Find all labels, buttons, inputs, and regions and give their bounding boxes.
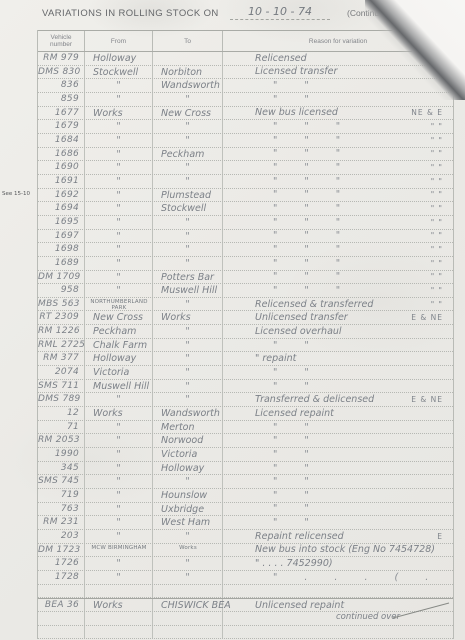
cell-reason: " " "" " (223, 134, 453, 147)
table-row: RM 979HollowayRelicensedE (38, 52, 453, 66)
cell-to (153, 585, 223, 598)
cell-veh: 12 (38, 407, 85, 420)
cell-veh: RT 2309 (38, 311, 85, 324)
cell-to: " (153, 120, 223, 133)
table-row: 1691""" " "" " (38, 175, 453, 189)
cell-veh (38, 585, 85, 598)
table-row: 1689""" " "" " (38, 257, 453, 271)
cell-veh: DMS 830 (38, 66, 85, 79)
cell-veh: SMS 745 (38, 475, 85, 488)
allocation-code: " " (431, 270, 443, 283)
cell-to: " (153, 175, 223, 188)
cell-from: Chalk Farm (85, 339, 153, 352)
cell-reason: Repaint relicensedE (223, 530, 453, 543)
table-row: 1684""" " "" " (38, 134, 453, 148)
cell-reason: " " "" " (223, 120, 453, 133)
cell-veh: 836 (38, 79, 85, 92)
reason-text: Relicensed (255, 52, 437, 65)
cell-to: " (153, 230, 223, 243)
allocation-code: " " (431, 134, 443, 147)
cell-to (153, 52, 223, 65)
cell-to: Stockwell (153, 202, 223, 215)
cell-reason: " " "" " (223, 243, 453, 256)
reason-text: " " (255, 502, 443, 515)
cell-to: Victoria (153, 448, 223, 461)
cell-from: " (85, 571, 153, 584)
cell-to: " (153, 161, 223, 174)
page-title: VARIATIONS IN ROLLING STOCK ON (42, 8, 219, 19)
table-row: RM 2053"Norwood" " (38, 434, 453, 448)
cell-from: " (85, 516, 153, 529)
cell-from: " (85, 393, 153, 406)
cell-veh: 203 (38, 530, 85, 543)
allocation-code: E & NE (411, 311, 443, 324)
reason-text: Transferred & delicensed (255, 393, 411, 406)
cell-to: Norbiton (153, 66, 223, 79)
table-row: RM 1226Peckham"Licensed overhaul (38, 325, 453, 339)
cell-to: Works (153, 544, 223, 557)
cell-veh: SMS 711 (38, 380, 85, 393)
cell-veh: 719 (38, 489, 85, 502)
cell-reason: " " "" " (223, 189, 453, 202)
table-row: 1697""" " "" " (38, 230, 453, 244)
cell-veh: RM 979 (38, 52, 85, 65)
reason-text: " " (255, 448, 443, 461)
cell-reason: " " (223, 489, 453, 502)
cell-reason: New bus into stock (Eng No 7454728) (223, 544, 453, 557)
cell-reason: Licensed repaint (223, 407, 453, 420)
header-vehicle-number: Vehicle number (38, 31, 85, 51)
reason-text: " " (255, 79, 443, 92)
reason-text: " " (255, 421, 443, 434)
cell-from (85, 612, 153, 625)
cell-to (153, 612, 223, 625)
reason-text: " " " (255, 216, 431, 229)
cell-veh (38, 626, 85, 639)
cell-from (85, 585, 153, 598)
continuation-label: (Continuation) (347, 8, 400, 18)
cell-from: Peckham (85, 325, 153, 338)
cell-from: " (85, 120, 153, 133)
cell-to: " (153, 475, 223, 488)
cell-veh: 1990 (38, 448, 85, 461)
cell-to: " (153, 243, 223, 256)
cell-from: " (85, 284, 153, 297)
table-row: 1728""" . . . ( . (38, 571, 453, 585)
cell-veh: 763 (38, 503, 85, 516)
cell-veh: RM 231 (38, 516, 85, 529)
cell-reason: " repaint (223, 352, 453, 365)
cell-reason: Unlicensed repaint (223, 599, 453, 611)
cell-veh: DMS 789 (38, 393, 85, 406)
allocation-code: " " (431, 243, 443, 256)
cell-reason: " " "" " (223, 284, 453, 297)
reason-text: Licensed transfer (255, 65, 443, 78)
cell-veh: 1728 (38, 571, 85, 584)
table-row: DM 1723MCW BIRMINGHAMWorksNew bus into s… (38, 544, 453, 558)
allocation-code: " " (431, 120, 443, 133)
cell-from: " (85, 202, 153, 215)
cell-to: Muswell Hill (153, 284, 223, 297)
reason-text: " " " (255, 270, 431, 283)
cell-from: " (85, 243, 153, 256)
cell-to: " (153, 393, 223, 406)
cell-from: " (85, 489, 153, 502)
table-header-row: Vehicle number From To Reason for variat… (38, 30, 453, 52)
cell-from: " (85, 134, 153, 147)
cell-reason: " " (223, 503, 453, 516)
cell-reason (223, 626, 453, 639)
reason-text: " " " (255, 175, 431, 188)
reason-text: Unlicensed repaint (255, 599, 443, 612)
cell-to: " (153, 339, 223, 352)
cell-to: CHISWICK BEA (153, 599, 223, 611)
cell-reason: " " "" " (223, 202, 453, 215)
header-to: To (153, 31, 223, 51)
cell-reason: " " "" " (223, 216, 453, 229)
cell-reason: " " "" " (223, 175, 453, 188)
reason-text: " " " (255, 134, 431, 147)
table-row: 1726""" . . . . 7452990) (38, 557, 453, 571)
cell-from: " (85, 557, 153, 570)
table-row: 1990"Victoria" " (38, 448, 453, 462)
allocation-code: " " (431, 298, 443, 311)
allocation-code: E (437, 52, 443, 65)
cell-to: " (153, 257, 223, 270)
table-row: RM 231"West Ham" " (38, 516, 453, 530)
allocation-code: " " (431, 216, 443, 229)
table-row: DM 1709"Potters Bar" " "" " (38, 271, 453, 285)
cell-veh: 1689 (38, 257, 85, 270)
cell-reason: Transferred & delicensedE & NE (223, 393, 453, 406)
cell-to: Wandsworth (153, 79, 223, 92)
cell-veh (38, 612, 85, 625)
cell-reason: RelicensedE (223, 52, 453, 65)
table-row: DMS 789""Transferred & delicensedE & NE (38, 393, 453, 407)
reason-text: " " " (255, 147, 431, 160)
table-body: RM 979HollowayRelicensedEDMS 830Stockwel… (38, 52, 453, 639)
cell-veh: RML 2725 (38, 339, 85, 352)
cell-to: " (153, 571, 223, 584)
cell-from: " (85, 257, 153, 270)
reason-text: " " " (255, 257, 431, 270)
cell-reason: " " (223, 366, 453, 379)
table-row: SMS 711Muswell Hill"" " (38, 380, 453, 394)
cell-from: " (85, 448, 153, 461)
cell-from: Muswell Hill (85, 380, 153, 393)
reason-text: " " (255, 366, 443, 379)
reason-text: " " (255, 462, 443, 475)
cell-veh: 1692 (38, 189, 85, 202)
allocation-code: " " (431, 161, 443, 174)
cell-to: " (153, 134, 223, 147)
cell-reason: Relicensed & transferred" " (223, 298, 453, 311)
rolling-stock-table: Vehicle number From To Reason for variat… (37, 30, 454, 639)
cell-to (153, 626, 223, 639)
table-row: 345"Holloway" " (38, 462, 453, 476)
table-row: 1692"Plumstead" " "" " (38, 189, 453, 203)
reason-text: " " (255, 475, 443, 488)
reason-text: " " (255, 516, 443, 529)
cell-from: " (85, 230, 153, 243)
reason-text: " " (255, 489, 443, 502)
cell-veh: MBS 563 (38, 298, 85, 311)
cell-to: Wandsworth (153, 407, 223, 420)
allocation-code: " " (431, 202, 443, 215)
cell-from: Holloway (85, 52, 153, 65)
cell-to: Merton (153, 421, 223, 434)
cell-veh: 71 (38, 421, 85, 434)
cell-veh: 1697 (38, 230, 85, 243)
header-reason: Reason for variation (223, 31, 453, 51)
cell-reason: " " (223, 448, 453, 461)
cell-reason: " " "" " (223, 230, 453, 243)
table-row: RT 2309New CrossWorksUnlicensed transfer… (38, 311, 453, 325)
reason-text: " " " (255, 284, 431, 297)
cell-from: " (85, 93, 153, 106)
allocation-code: " " (431, 229, 443, 242)
cell-veh: RM 1226 (38, 325, 85, 338)
cell-reason: " " (223, 380, 453, 393)
reason-text: " " (255, 434, 443, 447)
cell-from: MCW BIRMINGHAM (85, 544, 153, 557)
continued-over-note: continued over (336, 612, 400, 622)
cell-veh: 1694 (38, 202, 85, 215)
cell-veh: 1679 (38, 120, 85, 133)
reason-text: Repaint relicensed (255, 530, 437, 543)
cell-from: Works (85, 407, 153, 420)
cell-to: Potters Bar (153, 271, 223, 284)
cell-veh: RM 2053 (38, 434, 85, 447)
cell-reason: " " "" " (223, 257, 453, 270)
cell-from: Stockwell (85, 66, 153, 79)
cell-veh: DM 1709 (38, 271, 85, 284)
table-row: 12WorksWandsworthLicensed repaint (38, 407, 453, 421)
reason-text: " " " (255, 161, 431, 174)
cell-veh: 2074 (38, 366, 85, 379)
table-row: 1690""" " "" " (38, 161, 453, 175)
cell-reason: " " (223, 434, 453, 447)
cell-reason: " " (223, 516, 453, 529)
table-row: 1695""" " "" " (38, 216, 453, 230)
cell-veh: 345 (38, 462, 85, 475)
reason-text: " . . . ( . (255, 571, 443, 584)
cell-reason: " " "" " (223, 148, 453, 161)
table-row (38, 585, 453, 599)
cell-from: Victoria (85, 366, 153, 379)
cell-to: " (153, 557, 223, 570)
cell-reason: " " (223, 339, 453, 352)
reason-text: New bus licensed (255, 106, 411, 119)
table-row: 1694"Stockwell" " "" " (38, 202, 453, 216)
cell-to: Works (153, 311, 223, 324)
handwritten-date: 10 - 10 - 74 (230, 5, 330, 20)
cell-to: " (153, 93, 223, 106)
cell-reason: " " "" " (223, 271, 453, 284)
cell-from: " (85, 189, 153, 202)
table-row: 1677WorksNew CrossNew bus licensedNE & E (38, 107, 453, 121)
allocation-code: NE & E (411, 106, 443, 119)
cell-from: New Cross (85, 311, 153, 324)
cell-to: " (153, 352, 223, 365)
cell-veh: 1686 (38, 148, 85, 161)
cell-veh: 1684 (38, 134, 85, 147)
cell-to: New Cross (153, 107, 223, 120)
cell-to: Peckham (153, 148, 223, 161)
cell-from: " (85, 161, 153, 174)
cell-reason: " . . . ( . (223, 571, 453, 584)
reason-text: Relicensed & transferred (255, 298, 431, 311)
cell-from: " (85, 434, 153, 447)
table-row: RML 2725Chalk Farm"" " (38, 339, 453, 353)
table-row: 1686"Peckham" " "" " (38, 148, 453, 162)
cell-from (85, 626, 153, 639)
cell-reason: " " (223, 93, 453, 106)
cell-veh: 958 (38, 284, 85, 297)
cell-from: " (85, 462, 153, 475)
cell-veh: DM 1723 (38, 544, 85, 557)
cell-from: " (85, 475, 153, 488)
cell-from: NORTHUMBERLAND PARK (85, 298, 153, 311)
cell-reason: " " (223, 475, 453, 488)
table-row: 203""Repaint relicensedE (38, 530, 453, 544)
cell-veh: 1677 (38, 107, 85, 120)
cell-veh: 1691 (38, 175, 85, 188)
cell-veh: RM 377 (38, 352, 85, 365)
cell-to: Hounslow (153, 489, 223, 502)
cell-from: " (85, 421, 153, 434)
reason-text: " . . . . 7452990) (255, 557, 443, 570)
reason-text: " repaint (255, 352, 443, 365)
cell-reason: Unlicensed transferE & NE (223, 311, 453, 324)
allocation-code: " " (431, 188, 443, 201)
cell-to: " (153, 298, 223, 311)
scanned-document-page: VARIATIONS IN ROLLING STOCK ON 10 - 10 -… (0, 0, 465, 640)
table-row: DMS 830StockwellNorbitonLicensed transfe… (38, 66, 453, 80)
table-row: MBS 563NORTHUMBERLAND PARK"Relicensed & … (38, 298, 453, 312)
allocation-code: E & NE (411, 393, 443, 406)
cell-to: " (153, 216, 223, 229)
cell-reason: New bus licensedNE & E (223, 107, 453, 120)
cell-veh: 1690 (38, 161, 85, 174)
cell-to: " (153, 380, 223, 393)
table-row: BEA 36WorksCHISWICK BEAUnlicensed repain… (38, 598, 453, 612)
reason-text: " " " (255, 229, 431, 242)
cell-reason: " " (223, 421, 453, 434)
table-row (38, 626, 453, 640)
table-row: 859""" " (38, 93, 453, 107)
cell-reason: " " (223, 462, 453, 475)
cell-reason: " " "" " (223, 161, 453, 174)
cell-to: Holloway (153, 462, 223, 475)
margin-note: See 15-10 (2, 191, 30, 197)
cell-reason: " " (223, 79, 453, 92)
cell-to: Plumstead (153, 189, 223, 202)
table-row: 763"Uxbridge" " (38, 503, 453, 517)
reason-text: " " " (255, 188, 431, 201)
table-row: 836"Wandsworth" " (38, 79, 453, 93)
cell-from: " (85, 148, 153, 161)
cell-from: Works (85, 107, 153, 120)
allocation-code: " " (431, 284, 443, 297)
cell-from: " (85, 271, 153, 284)
reason-text: " " " (255, 120, 431, 133)
reason-text: " " (255, 339, 443, 352)
reason-text: Licensed overhaul (255, 325, 443, 338)
allocation-code: E (437, 530, 443, 543)
cell-to: " (153, 325, 223, 338)
reason-text: " " (255, 93, 443, 106)
cell-reason: " . . . . 7452990) (223, 557, 453, 570)
table-row: 1679""" " "" " (38, 120, 453, 134)
reason-text: " " (255, 380, 443, 393)
table-row: 71"Merton" " (38, 421, 453, 435)
cell-to: " (153, 530, 223, 543)
reason-text: " " " (255, 202, 431, 215)
cell-from: " (85, 175, 153, 188)
cell-from: Holloway (85, 352, 153, 365)
allocation-code: " " (431, 175, 443, 188)
cell-reason: Licensed transfer (223, 66, 453, 79)
reason-text: Unlicensed transfer (255, 311, 411, 324)
cell-veh: 1726 (38, 557, 85, 570)
cell-veh: 1695 (38, 216, 85, 229)
header-from: From (85, 31, 153, 51)
allocation-code: " " (431, 257, 443, 270)
cell-from: " (85, 216, 153, 229)
cell-to: " (153, 366, 223, 379)
table-row: RM 377Holloway"" repaint (38, 352, 453, 366)
cell-from: " (85, 530, 153, 543)
cell-veh: 859 (38, 93, 85, 106)
cell-reason: Licensed overhaul (223, 325, 453, 338)
reason-text: " " " (255, 243, 431, 256)
cell-veh: BEA 36 (38, 599, 85, 611)
cell-veh: 1698 (38, 243, 85, 256)
cell-to: Norwood (153, 434, 223, 447)
table-row: 719"Hounslow" " (38, 489, 453, 503)
cell-to: West Ham (153, 516, 223, 529)
cell-from: " (85, 79, 153, 92)
cell-to: Uxbridge (153, 503, 223, 516)
cell-reason (223, 585, 453, 598)
cell-from: Works (85, 599, 153, 611)
cell-from: " (85, 503, 153, 516)
table-row: SMS 745""" " (38, 475, 453, 489)
reason-text: New bus into stock (Eng No 7454728) (255, 543, 443, 556)
reason-text: Licensed repaint (255, 407, 443, 420)
table-row: 1698""" " "" " (38, 243, 453, 257)
allocation-code: " " (431, 147, 443, 160)
table-row: 958"Muswell Hill" " "" " (38, 284, 453, 298)
table-row: 2074Victoria"" " (38, 366, 453, 380)
